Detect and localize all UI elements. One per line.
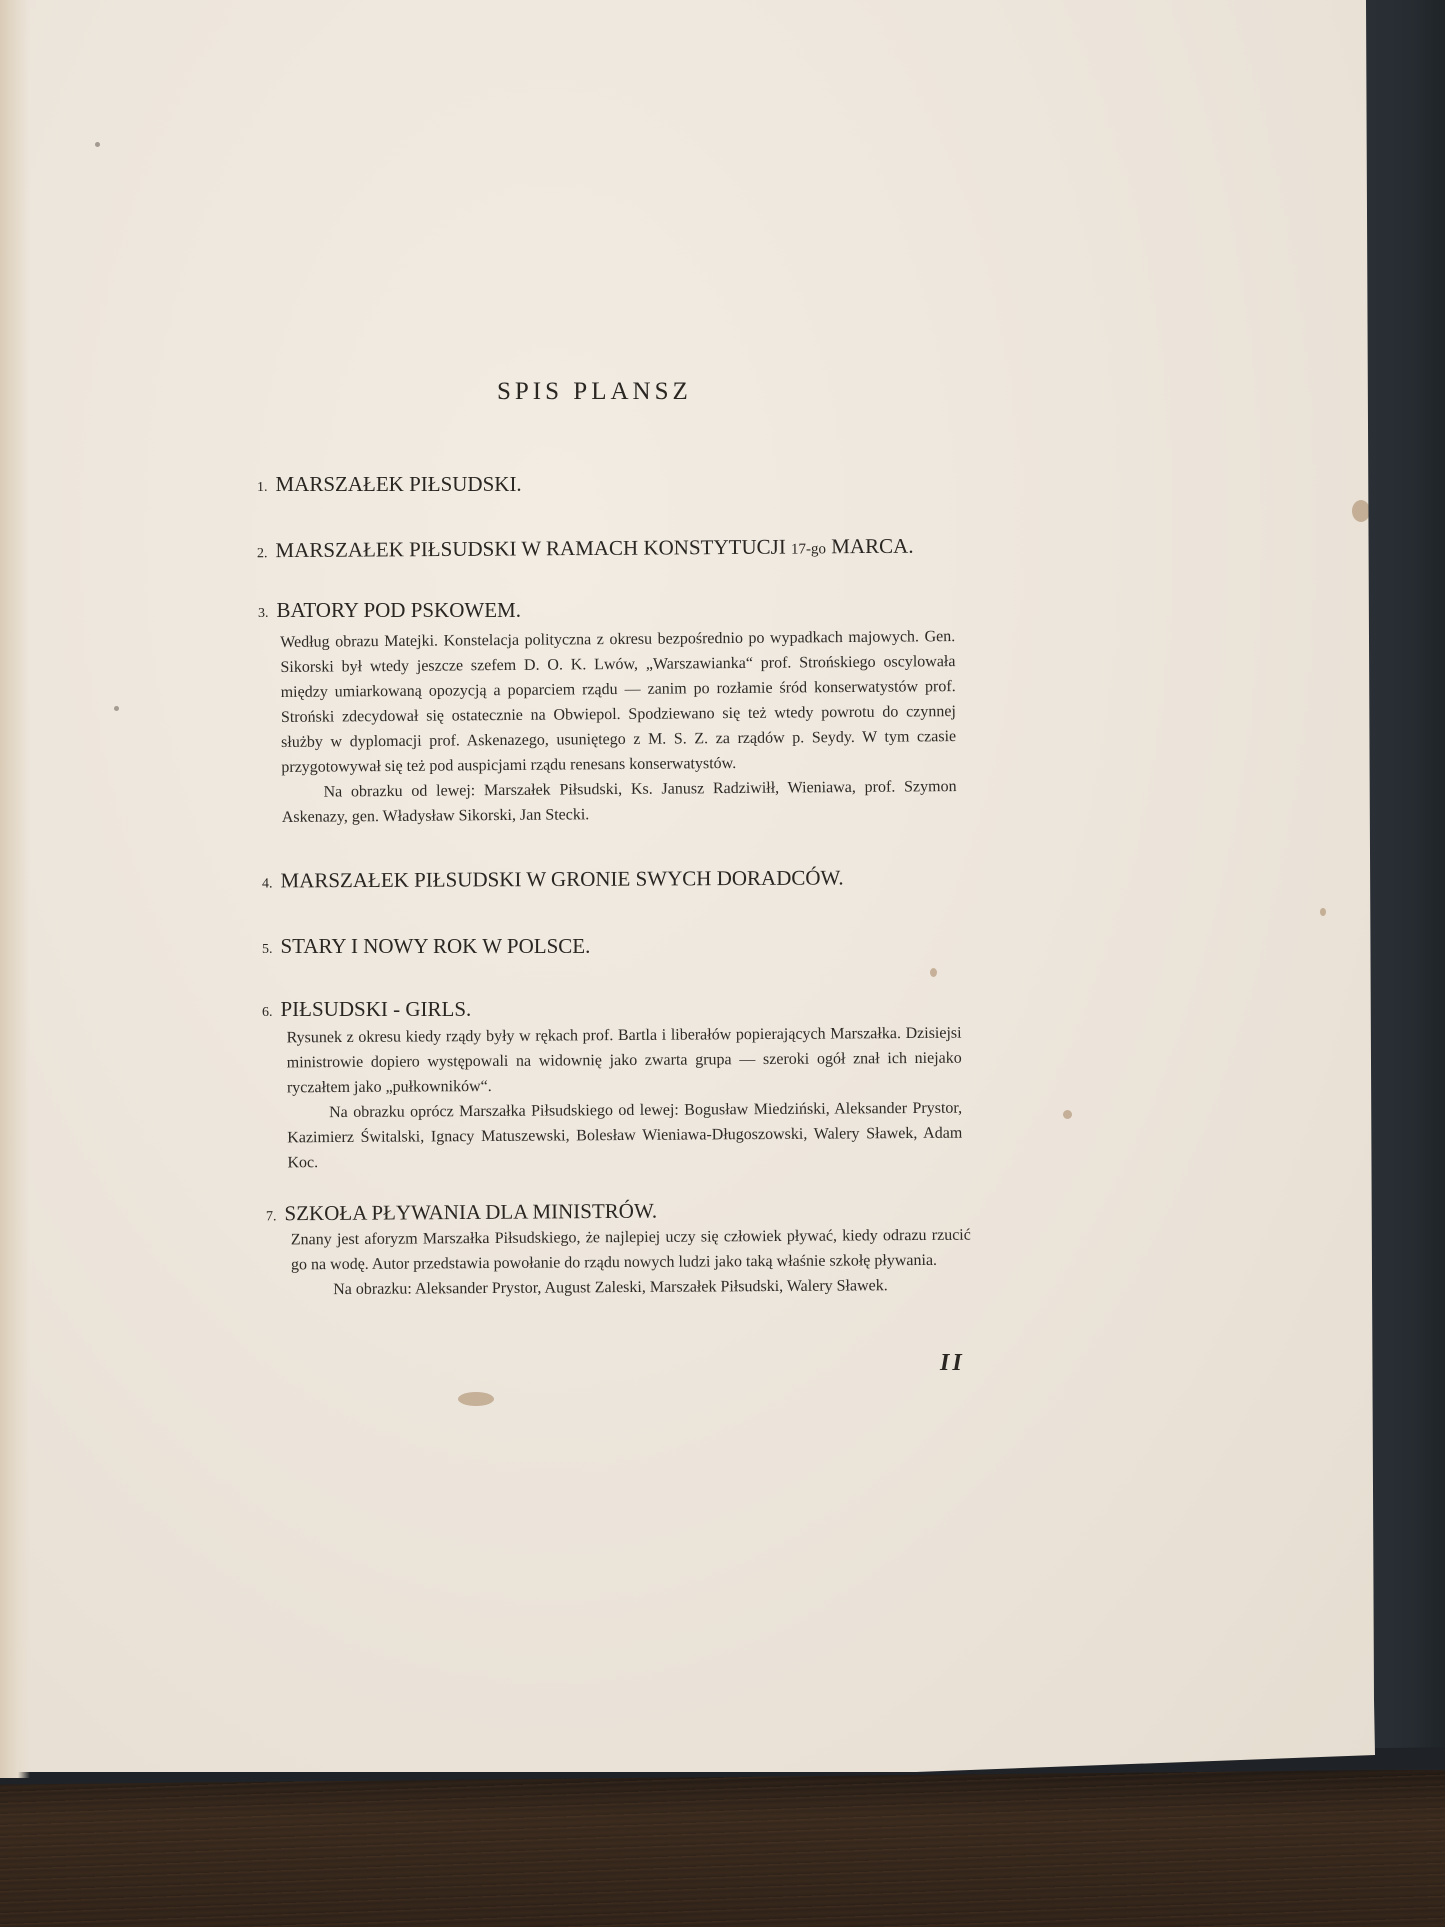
wooden-table [0, 1770, 1445, 1927]
entry-caption: Na obrazku oprócz Marszałka Piłsudskiego… [287, 1096, 963, 1176]
entry-heading: SZKOŁA PŁYWANIA DLA MINISTRÓW. [284, 1199, 657, 1226]
entry-number: 3. [258, 606, 269, 621]
entry-number: 7. [266, 1209, 277, 1224]
entry-number: 5. [262, 942, 273, 957]
entry-number: 6. [262, 1005, 273, 1020]
plate-entry-2: 2.MARSZAŁEK PIŁSUDSKI W RAMACH KONSTYTUC… [257, 534, 914, 564]
entry-heading-tail: MARCA. [826, 534, 914, 559]
entry-description: Według obrazu Matejki. Konstelacja polit… [280, 624, 956, 780]
plate-entry-1: 1.MARSZAŁEK PIŁSUDSKI. [257, 472, 522, 497]
entry-number: 2. [257, 546, 268, 561]
plate-entry-3-text: Według obrazu Matejki. Konstelacja polit… [280, 624, 957, 830]
plate-entry-4: 4.MARSZAŁEK PIŁSUDSKI W GRONIE SWYCH DOR… [262, 865, 844, 893]
plate-entry-7: 7.SZKOŁA PŁYWANIA DLA MINISTRÓW. [266, 1199, 657, 1227]
page-number: II [940, 1350, 965, 1377]
entry-description: Znany jest aforyzm Marszałka Piłsudskieg… [291, 1223, 971, 1278]
entry-caption: Na obrazku: Aleksander Prystor, August Z… [291, 1273, 971, 1303]
plate-entry-3: 3.BATORY POD PSKOWEM. [258, 598, 521, 623]
entry-heading: MARSZAŁEK PIŁSUDSKI W RAMACH KONSTYTUCJI [275, 535, 785, 563]
plate-entry-6: 6.PIŁSUDSKI - GIRLS. [262, 997, 471, 1022]
plate-entry-6-text: Rysunek z okresu kiedy rządy były w ręka… [286, 1021, 962, 1176]
entry-heading: MARSZAŁEK PIŁSUDSKI. [276, 472, 522, 496]
entry-heading: PIŁSUDSKI - GIRLS. [281, 997, 472, 1021]
entry-heading: MARSZAŁEK PIŁSUDSKI W GRONIE SWYCH DORAD… [280, 865, 843, 892]
entry-number: 1. [257, 480, 268, 495]
entry-heading: STARY I NOWY ROK W POLSCE. [281, 934, 591, 958]
page-title: SPIS PLANSZ [497, 378, 692, 406]
plate-entry-5: 5.STARY I NOWY ROK W POLSCE. [262, 934, 590, 959]
entry-number: 4. [262, 876, 273, 891]
entry-caption: Na obrazku od lewej: Marszałek Piłsudski… [281, 774, 956, 830]
document-page: SPIS PLANSZ 1.MARSZAŁEK PIŁSUDSKI. 2.MAR… [0, 0, 1375, 1772]
entry-description: Rysunek z okresu kiedy rządy były w ręka… [286, 1021, 962, 1101]
entry-heading: BATORY POD PSKOWEM. [277, 598, 521, 622]
entry-heading-date: 17-go [791, 541, 826, 557]
document-content: SPIS PLANSZ 1.MARSZAŁEK PIŁSUDSKI. 2.MAR… [0, 0, 1375, 1700]
plate-entry-7-text: Znany jest aforyzm Marszałka Piłsudskieg… [291, 1223, 972, 1303]
